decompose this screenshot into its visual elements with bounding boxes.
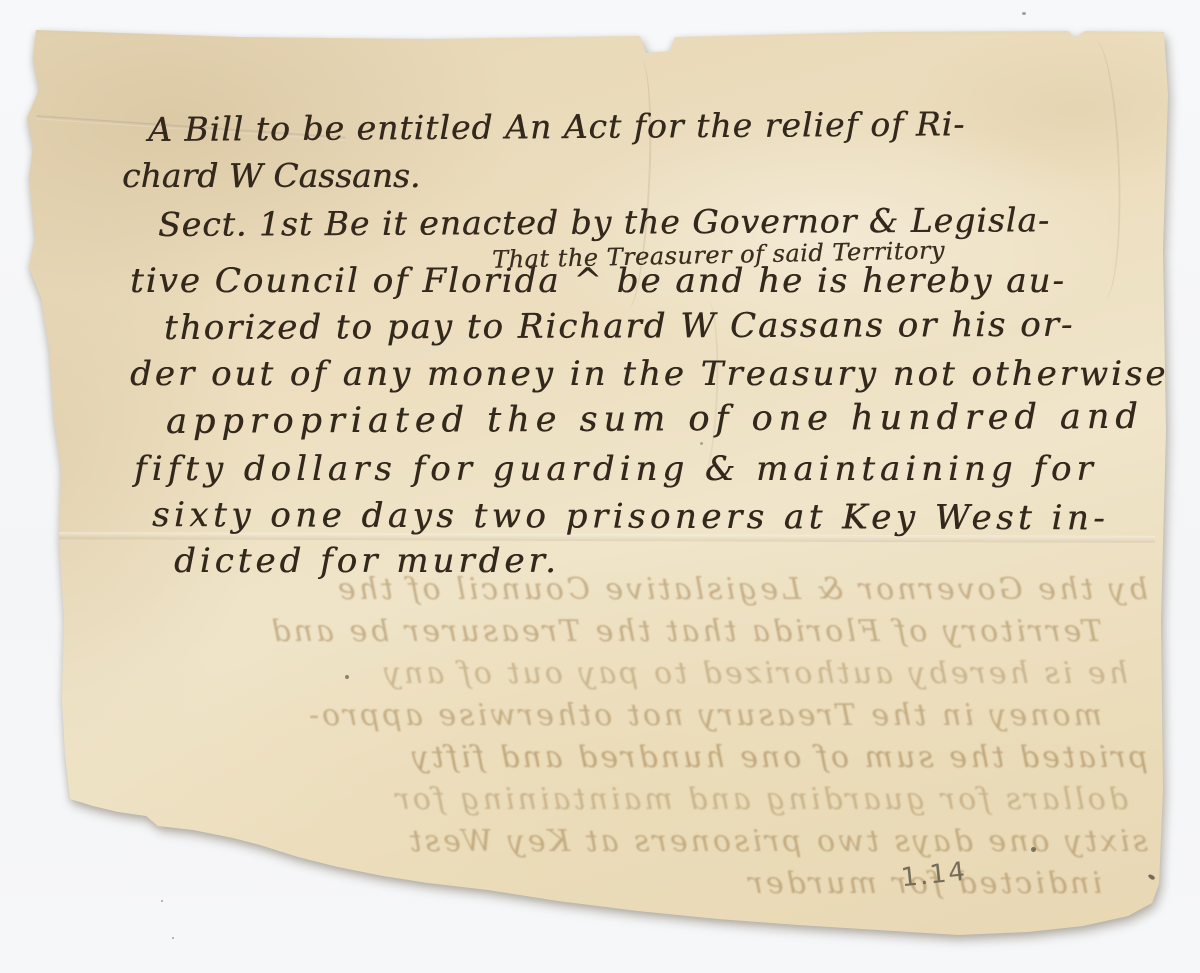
handwriting-line: der out of any money in the Treasury not… <box>130 354 1168 395</box>
bleedthrough-line: he is hereby authorized to pay out of an… <box>110 656 1148 698</box>
handwriting-line: fifty dollars for guarding & maintaining… <box>134 449 1098 490</box>
handwriting-line: A Bill to be entitled An Act for the rel… <box>148 104 966 149</box>
verso-bleedthrough: by the Governor & Legislative Council of… <box>110 572 1148 908</box>
bleedthrough-line: indicted for murder <box>110 866 1148 908</box>
bleedthrough-line: sixty one days two prisoners at Key West <box>110 824 1148 866</box>
ink-speck <box>345 675 349 679</box>
handwriting-line: tive Council of Florida ^ be and he is h… <box>130 261 1066 302</box>
ink-speck <box>1031 847 1036 852</box>
ink-speck <box>700 442 703 445</box>
handwriting-line: chard W Cassans. <box>122 156 420 196</box>
bleedthrough-line: by the Governor & Legislative Council of… <box>110 572 1148 614</box>
handwriting-line: thorized to pay to Richard W Cassans or … <box>164 305 1074 349</box>
ink-speck <box>1147 873 1155 880</box>
manuscript-page: A Bill to be entitled An Act for the rel… <box>0 0 1200 973</box>
bleedthrough-line: dollars for guarding and maintaining for <box>110 782 1148 824</box>
ink-bleed-mark <box>1073 39 1124 300</box>
handwriting-line: appropriated the sum of one hundred and <box>166 396 1144 443</box>
manuscript-page-wrapper: A Bill to be entitled An Act for the rel… <box>0 0 1200 973</box>
bleedthrough-line: priated the sum of one hundred and fifty <box>110 740 1148 782</box>
bleedthrough-line: Territory of Florida that the Treasurer … <box>110 614 1148 656</box>
handwriting-line: sixty one days two prisoners at Key West… <box>152 495 1109 539</box>
bleedthrough-line: money in the Treasury not otherwise appr… <box>110 698 1148 740</box>
